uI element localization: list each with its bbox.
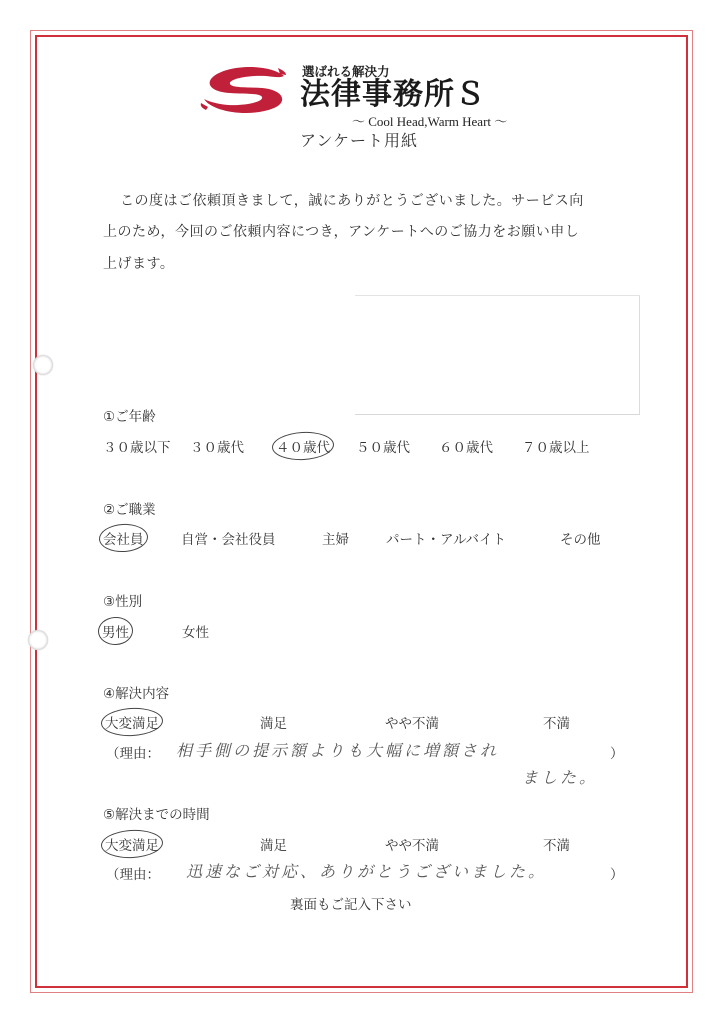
option-time-very-satisfied-selected[interactable]: 大変満足 <box>105 834 159 854</box>
option-age-40s-selected[interactable]: ４０歳代 <box>276 436 330 456</box>
option-resolution-somewhat-dissatisfied[interactable]: やや不満 <box>385 712 439 732</box>
option-time-dissatisfied[interactable]: 不満 <box>543 834 570 854</box>
hole-punch-top <box>33 355 53 375</box>
intro-line-1: この度はご依頼頂きまして，誠にありがとうございました。サービス向 <box>120 190 584 210</box>
question-label: ②ご職業 <box>103 498 156 518</box>
firm-logo-icon <box>200 66 288 116</box>
option-time-satisfied[interactable]: 満足 <box>260 834 287 854</box>
option-occupation-homemaker[interactable]: 主婦 <box>322 528 349 548</box>
option-occupation-other[interactable]: その他 <box>560 528 601 548</box>
option-age-under-30[interactable]: ３０歳以下 <box>103 436 171 456</box>
handwritten-reason-line-1[interactable]: 相手側の提示額よりも大幅に増額され <box>176 738 499 761</box>
reason-close: ） <box>610 742 624 762</box>
handwritten-reason-line-2[interactable]: ました。 <box>522 765 598 788</box>
option-resolution-satisfied[interactable]: 満足 <box>260 712 287 732</box>
option-occupation-self-employed[interactable]: 自営・会社役員 <box>181 528 276 548</box>
footer-note: 裏面もご記入下さい <box>290 893 412 913</box>
intro-line-3: 上げます。 <box>103 253 174 273</box>
question-label: ⑤解決までの時間 <box>103 803 210 823</box>
hole-punch-bottom <box>28 630 48 650</box>
option-age-30s[interactable]: ３０歳代 <box>190 436 244 456</box>
option-resolution-dissatisfied[interactable]: 不満 <box>543 712 570 732</box>
option-occupation-part-time[interactable]: パート・アルバイト <box>386 528 506 548</box>
option-age-60s[interactable]: ６０歳代 <box>439 436 493 456</box>
reason-label: （理由： <box>106 863 160 883</box>
question-label: ①ご年齢 <box>103 405 156 425</box>
blank-box <box>355 295 640 415</box>
firm-name: 法律事務所Ｓ <box>300 80 486 110</box>
form-title: アンケート用紙 <box>300 128 418 151</box>
reason-label: （理由： <box>106 742 160 762</box>
reason-close: ） <box>610 863 624 883</box>
option-resolution-very-satisfied-selected[interactable]: 大変満足 <box>105 712 159 732</box>
handwritten-reason-line-1[interactable]: 迅速なご対応、ありがとうございました。 <box>186 859 547 882</box>
option-gender-male-selected[interactable]: 男性 <box>102 621 129 641</box>
question-label: ③性別 <box>103 590 142 610</box>
option-gender-female[interactable]: 女性 <box>182 621 209 641</box>
question-label: ④解決内容 <box>103 682 169 702</box>
intro-line-2: 上のため，今回のご依頼内容につき，アンケートへのご協力をお願い申し <box>103 221 579 241</box>
option-occupation-company-employee-selected[interactable]: 会社員 <box>103 528 144 548</box>
option-time-somewhat-dissatisfied[interactable]: やや不満 <box>385 834 439 854</box>
option-age-50s[interactable]: ５０歳代 <box>356 436 410 456</box>
option-age-70-plus[interactable]: ７０歳以上 <box>522 436 590 456</box>
